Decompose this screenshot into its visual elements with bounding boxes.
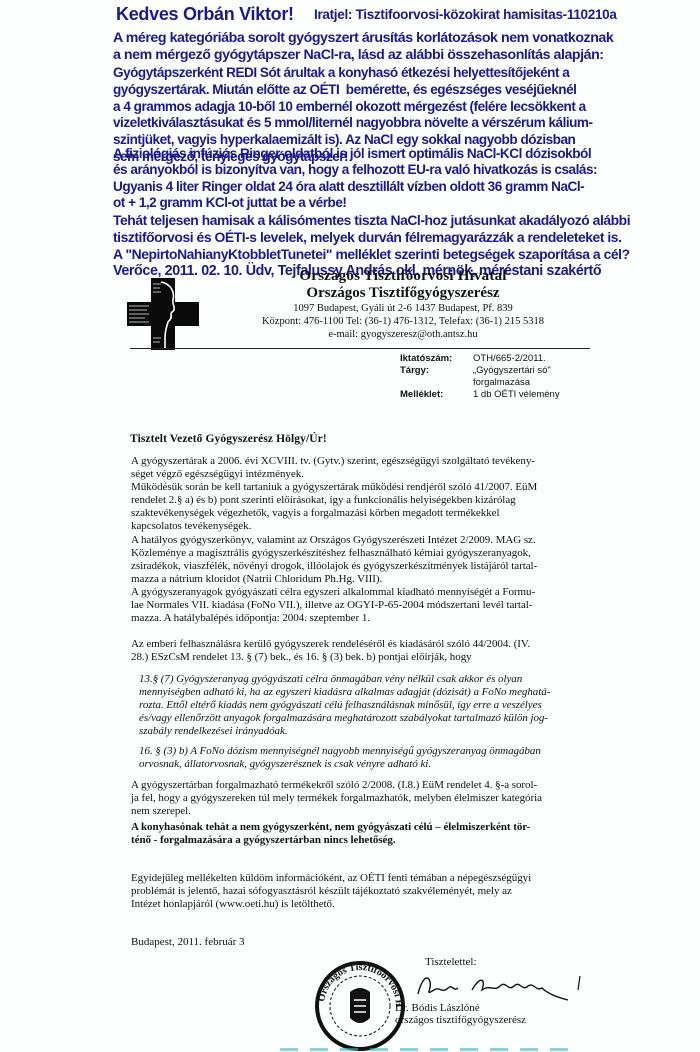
- text-line: Az emberi felhasználásra kerülő gyógysze…: [131, 638, 651, 651]
- text-line: A gyógyszertárak a 2006. évi XCVIII. tv.…: [131, 455, 651, 468]
- letter-date: Budapest, 2011. február 3: [131, 936, 245, 948]
- text-line: Tehát teljesen hamisak a kálisómentes ti…: [113, 212, 700, 229]
- text-line: a nem mérgező gyógytápszer NaCl-ra, lásd…: [113, 47, 700, 64]
- annotation-paragraph: Tehát teljesen hamisak a kálisómentes ti…: [113, 212, 700, 263]
- medical-cross-head-icon: [127, 278, 199, 350]
- text-line: szaktevékenységek végezhetők, vagyis a f…: [131, 507, 651, 520]
- text-line: és/vagy ellenőrzött anyagok forgalmazásá…: [139, 712, 651, 725]
- text-line: lae Normales VII. kiadása (FoNo VII.), i…: [131, 599, 651, 612]
- text-line: rendelet 2.§ a) és b) pont szerinti előí…: [131, 494, 651, 507]
- text-line: ja fel, hogy a gyógyszereken túl mely te…: [131, 792, 651, 805]
- text-line: ot + 1,2 gramm KCl-ot juttat be a vérbe!: [113, 195, 700, 211]
- organization-phone: Központ: 476-1100 Tel: (36-1) 476-1312, …: [238, 315, 568, 328]
- text-line: zsiradékok, viaszfélék, növényi drogok, …: [131, 560, 651, 573]
- text-line: A "NepirtoNahianyKtobbletTunetei" mellék…: [113, 246, 700, 263]
- text-line: tisztifőorvosi és OÉTI-s levelek, melyek…: [113, 229, 700, 246]
- organization-name: Országos Tisztifőorvosi Hivatal: [238, 268, 568, 285]
- text-line: Gyógytápszerként REDI Sót árultak a kony…: [113, 65, 700, 82]
- scan-artifact: [280, 1048, 580, 1051]
- meta-value: „Gyógyszertári só" forgalmazása: [473, 365, 603, 389]
- text-line: Intézet honlapjáról (www.oeti.hu) is let…: [131, 898, 651, 911]
- meta-row-reference: Iktatószám: OTH/665-2/2011.: [400, 353, 603, 365]
- letter-meta: Iktatószám: OTH/665-2/2011. Tárgy: „Gyóg…: [400, 353, 603, 401]
- organization-header: Országos Tisztifőorvosi Hivatal Országos…: [238, 268, 568, 341]
- meta-row-attachment: Melléklet: 1 db OÉTI vélemény: [400, 389, 603, 401]
- text-line: a 4 grammos adagja 10-ből 10 embernél ok…: [113, 99, 700, 116]
- text-line: mazza. A hatálybalépés időpontja: 2004. …: [131, 612, 651, 625]
- meta-value: 1 db OÉTI vélemény: [473, 389, 603, 401]
- organization-subtitle: Országos Tisztifőgyógyszerész: [238, 285, 568, 302]
- salutation: Tisztelt Vezető Gyógyszerész Hölgy/Úr!: [130, 433, 327, 445]
- header-divider: [130, 348, 590, 349]
- text-line: Egyidejűleg mellékelten küldöm informáci…: [131, 872, 651, 885]
- annotation-paragraph: A fiziológiás infúziós Ringer-oldatból i…: [113, 146, 700, 212]
- text-line: problémát is jelentő, hazai sófogyasztás…: [131, 885, 651, 898]
- signer-block: Dr. Bódis Lászlóné országos tisztifőgyóg…: [395, 1002, 526, 1026]
- meta-label: Melléklet:: [400, 389, 473, 401]
- text-line: orvosnak, állatorvosnak, gyógyszerésznek…: [139, 758, 651, 771]
- greeting-row: Kedves Orbán Viktor! Iratjel: Tisztifoor…: [116, 4, 676, 28]
- signer-name: Dr. Bódis Lászlóné: [395, 1002, 526, 1014]
- text-line: A hatályos gyógyszerkönyv, valamint az O…: [131, 534, 651, 547]
- letter-paragraph: Az emberi felhasználásra kerülő gyógysze…: [131, 638, 651, 664]
- text-line: ténő - forgalmazására a gyógyszertárban …: [131, 834, 651, 847]
- text-line: szabály rendelkezései irányadóak.: [139, 725, 651, 738]
- text-line: Ugyanis 4 liter Ringer oldat 24 óra alat…: [113, 179, 700, 195]
- organization-address: 1097 Budapest, Gyáli út 2-6 1437 Budapes…: [238, 302, 568, 315]
- text-line: Működésük során be kell tartaniuk a gyóg…: [131, 481, 651, 494]
- letter-paragraph: A gyógyszertárak a 2006. évi XCVIII. tv.…: [131, 455, 651, 625]
- text-line: mennyiségben adható ki, ha az egyszeri k…: [139, 686, 651, 699]
- letter-quote: 16. § (3) b) A FoNo dózism mennyiségnél …: [131, 745, 651, 771]
- closing-respect: Tisztelettel:: [425, 956, 477, 968]
- letter-quote: 13.§ (7) Gyógyszeranyag gyógyászati célr…: [131, 673, 651, 738]
- text-line: A méreg kategóriába sorolt gyógyszert ár…: [113, 30, 700, 47]
- text-line: rozta. Ettől eltérő kiadás nem gyógyásza…: [139, 699, 651, 712]
- handwritten-signature-icon: [410, 968, 600, 1004]
- text-line: mazza a nátrium kloridot (Natrii Chlorid…: [131, 573, 651, 586]
- meta-label: Iktatószám:: [400, 353, 473, 365]
- text-line: vizeletkiválasztásukat és 5 mmol/literné…: [113, 115, 700, 132]
- text-line: kapcsolatos tevékenységek.: [131, 520, 651, 533]
- text-line: 28.) ESzCsM rendelet 13. § (7) bek., és …: [131, 651, 651, 664]
- text-line: Közleménye a magisztrális gyógyszerkészí…: [131, 547, 651, 560]
- meta-value: OTH/665-2/2011.: [473, 353, 603, 365]
- text-line: A fiziológiás infúziós Ringer-oldatból i…: [113, 146, 700, 162]
- scanned-letter: Országos Tisztifőorvosi Hivatal Országos…: [0, 268, 700, 1052]
- text-line: nem szerepel.: [131, 805, 651, 818]
- signer-title: országos tisztifőgyógyszerész: [395, 1014, 526, 1026]
- text-line: 13.§ (7) Gyógyszeranyag gyógyászati célr…: [139, 673, 651, 686]
- meta-row-subject: Tárgy: „Gyógyszertári só" forgalmazása: [400, 365, 603, 389]
- greeting: Kedves Orbán Viktor!: [116, 4, 294, 25]
- text-line: A gyógyszeranyagok gyógyászati célra egy…: [131, 586, 651, 599]
- text-line: A gyógyszertárban forgalmazható termékek…: [131, 779, 651, 792]
- letter-paragraph: A gyógyszertárban forgalmazható termékek…: [131, 779, 651, 818]
- text-line: gyógyszertárak. Miután előtte az OÉTI be…: [113, 82, 700, 99]
- text-line: séget végző egészségügyi intézmények.: [131, 468, 651, 481]
- annotation-paragraph: A méreg kategóriába sorolt gyógyszert ár…: [113, 30, 700, 65]
- letter-paragraph: Egyidejűleg mellékelten küldöm informáci…: [131, 872, 651, 911]
- text-line: 16. § (3) b) A FoNo dózism mennyiségnél …: [139, 745, 651, 758]
- text-line: A konyhasónak tehát a nem gyógyszerként,…: [131, 821, 651, 834]
- organization-email: e-mail: gyogyszeresz@oth.antsz.hu: [238, 328, 568, 341]
- meta-label: Tárgy:: [400, 365, 473, 389]
- document-reference: Iratjel: Tisztifoorvosi-közokirat hamisi…: [314, 7, 617, 22]
- text-line: és arányokból is bizonyítva van, hogy a …: [113, 162, 700, 178]
- letter-conclusion: A konyhasónak tehát a nem gyógyszerként,…: [131, 821, 651, 847]
